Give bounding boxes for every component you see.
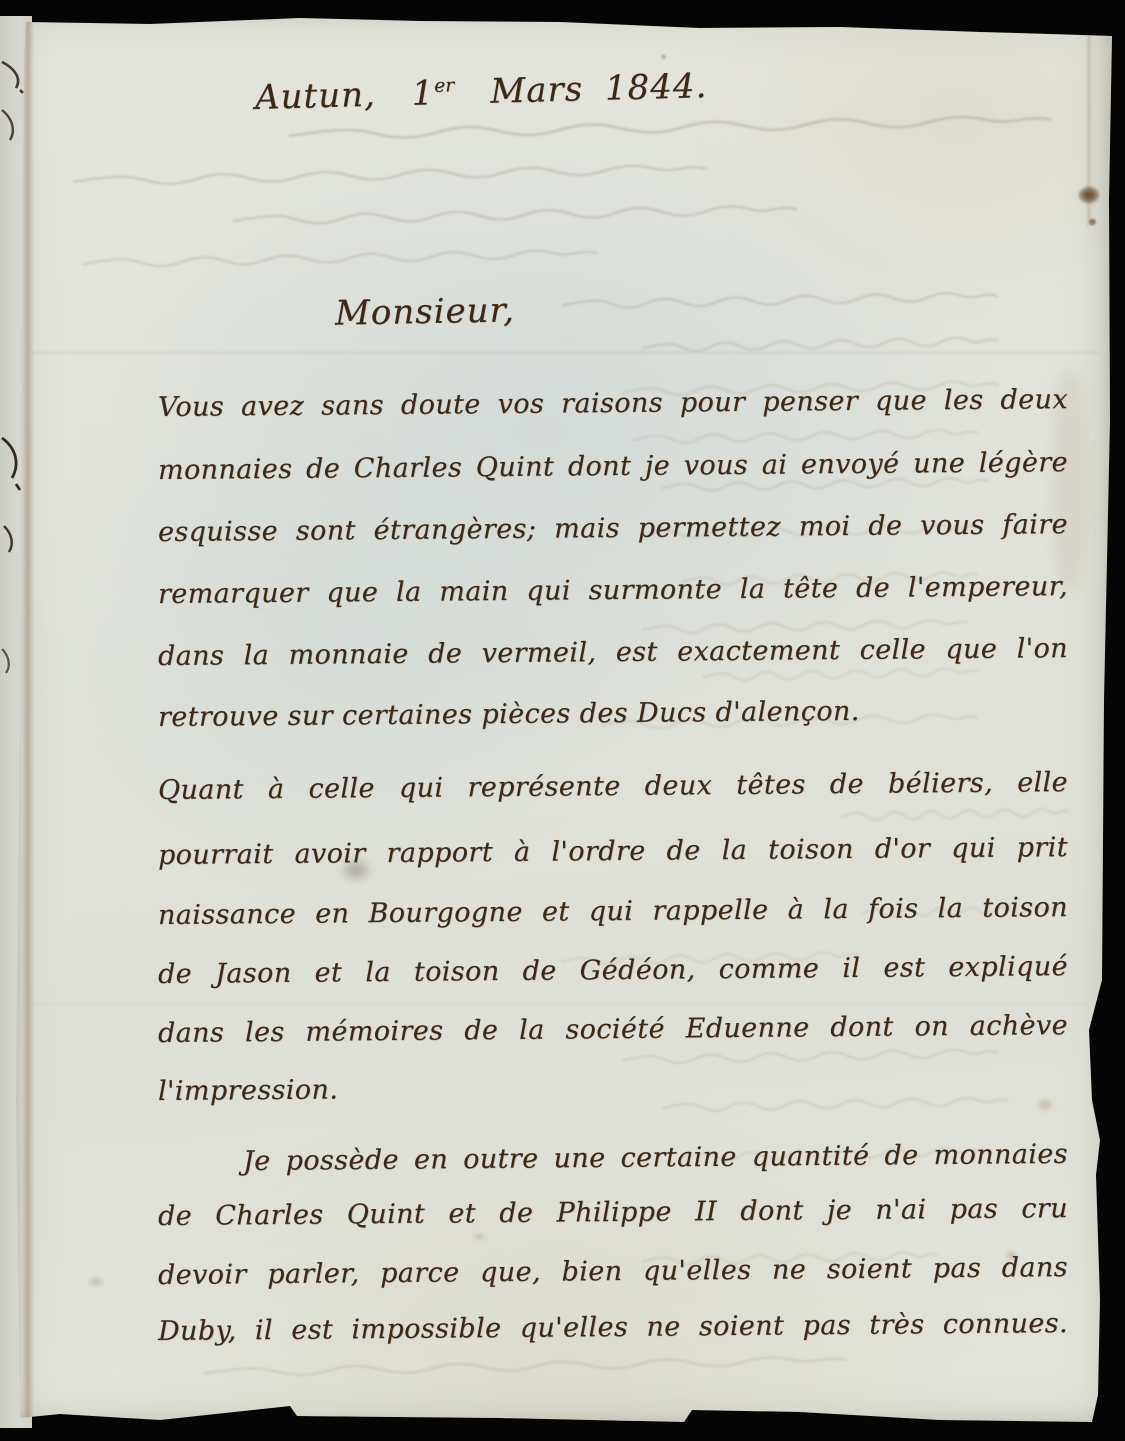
body-line: de Charles Quint et de Philippe II dont … (158, 1194, 1068, 1232)
bleed-through-mark (630, 426, 980, 445)
bleed-through-mark (200, 1353, 850, 1379)
body-line: dans les mémoires de la société Eduenne … (158, 1011, 1068, 1049)
marginal-ink-stroke (0, 104, 20, 144)
fold-crease-corner (1086, 36, 1092, 226)
salutation-line: Monsieur, (335, 290, 516, 333)
body-line: remarquer que la main qui surmonte la tê… (158, 572, 1068, 610)
body-line: Quant à celle qui représente deux têtes … (158, 768, 1068, 806)
dateline-month-year: Mars 1844. (490, 66, 708, 112)
body-line: naissance en Bourgogne et qui rappelle à… (158, 893, 1068, 931)
dateline-place: Autun, (255, 75, 377, 118)
marginal-ink-stroke (0, 434, 24, 494)
fold-crease-left (22, 20, 34, 1420)
bleed-through-mark (80, 247, 600, 270)
letter-sheet: Autun,1erMars 1844. Monsieur, Vous avez … (0, 0, 1125, 1441)
body-line: dans la monnaie de vermeil, est exacteme… (158, 634, 1068, 672)
marginal-ink-stroke (0, 58, 26, 94)
body-line: devoir parler, parce que, bien qu'elles … (158, 1253, 1068, 1291)
fox-spot (88, 1276, 104, 1288)
bleed-through-mark (840, 806, 1070, 823)
body-line: de Jason et la toison de Gédéon, comme i… (158, 952, 1068, 990)
fox-spot (1036, 1098, 1054, 1112)
body-line: esquisse sont étrangères; mais permettez… (158, 510, 1068, 548)
marginal-ink-stroke (0, 646, 14, 676)
ink-spot (1078, 186, 1100, 204)
dateline-day: 1 (411, 73, 435, 114)
fox-spot (660, 54, 667, 60)
body-line: retrouve sur certaines pièces des Ducs d… (158, 696, 918, 733)
fold-crease-horizontal (30, 1004, 1090, 1007)
bleed-through-mark (640, 334, 1000, 354)
photo-canvas: Autun,1erMars 1844. Monsieur, Vous avez … (0, 0, 1125, 1441)
bleed-through-mark (700, 665, 980, 683)
body-line: l'impression. (158, 1074, 558, 1107)
body-line: Duby, il est impossible qu'elles ne soie… (158, 1309, 1068, 1347)
bleed-through-mark (560, 289, 1000, 310)
dateline-ordinal: er (434, 75, 455, 97)
bleed-through-mark (660, 1094, 1010, 1113)
bleed-through-mark (640, 617, 970, 636)
bleed-through-mark (620, 1046, 1000, 1066)
bleed-through-mark (285, 112, 1055, 142)
ink-spot (1088, 218, 1097, 226)
body-line: Je possède en outre une certaine quantit… (243, 1140, 1068, 1177)
fold-crease-horizontal (30, 352, 1100, 355)
fox-spot (474, 1232, 485, 1241)
dateline: Autun,1erMars 1844. (255, 66, 708, 118)
body-line: Vous avez sans doute vos raisons pour pe… (158, 385, 1068, 423)
body-line: monnaies de Charles Quint dont je vous a… (158, 448, 1068, 486)
bleed-through-mark (230, 202, 800, 227)
bleed-through-mark (70, 161, 710, 187)
marginal-ink-stroke (2, 522, 18, 556)
body-line: pourrait avoir rapport à l'ordre de la t… (158, 833, 1068, 871)
